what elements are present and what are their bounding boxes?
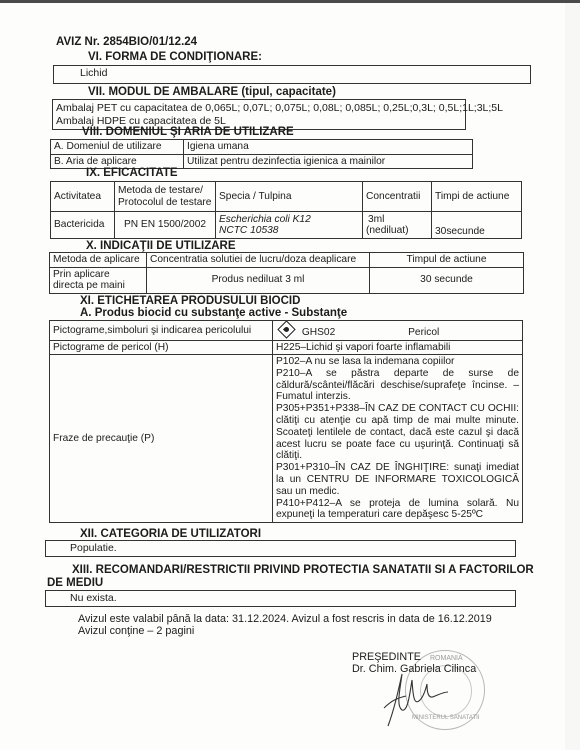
section-13-title: XIII. RECOMANDARI/RESTRICTII PRIVIND PRO… <box>72 564 534 576</box>
precaution-statement: P305+P351+P338–ÎN CAZ DE CONTACT CU OCHI… <box>276 403 519 462</box>
section-7-title: VII. MODUL DE AMBALARE (tipul, capacitat… <box>88 86 336 98</box>
signal-word: Pericol <box>408 327 439 338</box>
section-12-title: XII. CATEGORIA DE UTILIZATORI <box>80 528 261 540</box>
pictogram-code: GHS02 <box>302 327 335 338</box>
labeling-table: Pictograme,simboluri şi indicarea perico… <box>49 320 523 523</box>
dose-cell: Produs nediluat 3 ml <box>147 267 370 293</box>
efficacy-table: Activitatea Metoda de testare/ Protocolu… <box>50 181 522 239</box>
species-cell: Escherichia coli K12 NCTC 10538 <box>216 212 363 239</box>
application-method-cell: Prin aplicare directa pe maini <box>50 267 147 293</box>
precaution-label: Fraze de precauţie (P) <box>50 355 273 523</box>
usage-instructions-table: Metoda de aplicare Concentratia solutiei… <box>49 252 524 294</box>
usage-label: A. Domeniul de utilizare <box>51 140 184 155</box>
table-row: A. Domeniul de utilizare Igiena umana <box>51 140 473 155</box>
usage-value: Igiena umana <box>184 140 473 155</box>
precautions-cell: P102–A nu se lasa la indemana copiilor P… <box>273 355 523 523</box>
packaging-line: Ambalaj PET cu capacitatea de 0,065L; 0,… <box>56 102 503 114</box>
species-strain: NCTC 10538 <box>219 225 359 237</box>
header-cell: Timpi de actiune <box>432 182 522 212</box>
header-cell: Metoda de aplicare <box>50 253 147 268</box>
handwritten-signature <box>380 670 450 730</box>
scan-border <box>0 0 580 3</box>
species-name: Escherichia coli K12 <box>219 214 359 226</box>
table-header-row: Activitatea Metoda de testare/ Protocolu… <box>51 182 522 212</box>
table-row: Fraze de precauţie (P) P102–A nu se lasa… <box>50 355 523 523</box>
section-6-box: Lichid <box>53 65 531 84</box>
activity-cell: Bactericida <box>51 212 115 239</box>
hazard-label: Pictograme de pericol (H) <box>50 340 273 355</box>
page-count-note: Avizul conţine – 2 pagini <box>78 625 194 637</box>
section-9-title: IX. EFICACITATE <box>86 167 178 179</box>
recommendations-value: Nu exista. <box>70 592 117 604</box>
pictogram-label: Pictograme,simboluri şi indicarea perico… <box>50 321 273 341</box>
header-cell: Activitatea <box>51 182 115 212</box>
section-6-title: VI. FORMA DE CONDIŢIONARE: <box>88 51 262 63</box>
section-11-title: XI. ETICHETAREA PRODUSULUI BIOCID <box>80 295 300 307</box>
section-11-subtitle: A. Produs biocid cu substanţe active - S… <box>80 307 347 319</box>
header-cell: Timpul de actiune <box>370 253 524 268</box>
table-row: Prin aplicare directa pe maini Produs ne… <box>50 267 524 293</box>
pictogram-cell: GHS02 Pericol <box>273 321 523 341</box>
section-12-box: Populatie. <box>45 540 516 557</box>
application-method-line: directa pe maini <box>53 280 143 292</box>
table-row: Pictograme de pericol (H) H225–Lichid şi… <box>50 340 523 355</box>
table-row: Bactericida PN EN 1500/2002 Escherichia … <box>51 212 522 239</box>
precaution-statement: P301+P310–ÎN CAZ DE ÎNGHIŢIRE: sunaţi im… <box>276 462 519 497</box>
hazard-value: H225–Lichid şi vapori foarte inflamabili <box>273 340 523 355</box>
signatory-role: PREŞEDINTE <box>352 651 421 663</box>
precaution-statement: P410+P412–A se proteja de lumina solară.… <box>276 498 519 522</box>
validity-note: Avizul este valabil până la data: 31.12.… <box>78 613 492 625</box>
method-cell: PN EN 1500/2002 <box>115 212 216 239</box>
section-10-title: X. INDICAŢII DE UTILIZARE <box>86 240 236 252</box>
section-8-title: VIII. DOMENIUL ŞI ARIA DE UTILIZARE <box>82 126 294 138</box>
section-13-box: Nu exista. <box>45 590 516 607</box>
header-cell: Metoda de testare/ Protocolul de testare <box>115 182 216 212</box>
table-header-row: Metoda de aplicare Concentratia solutiei… <box>50 253 524 268</box>
action-time-cell: 30 secunde <box>370 267 524 293</box>
application-method-line: Prin aplicare <box>53 269 143 281</box>
table-row: Pictograme,simboluri şi indicarea perico… <box>50 321 523 341</box>
user-category-value: Populatie. <box>70 542 117 554</box>
concentration-value: 3ml <box>366 214 428 226</box>
precaution-statement: P210–A se păstra departe de surse de căl… <box>276 368 519 403</box>
packaging-form-value: Lichid <box>80 67 107 79</box>
time-cell: 30secunde <box>432 212 522 239</box>
header-cell: Specia / Tulpina <box>216 182 363 212</box>
stamp-top-text: ROMANIA <box>430 655 463 662</box>
header-cell: Concentratii <box>363 182 432 212</box>
header-cell: Concentratia solutiei de lucru/doza deap… <box>147 253 370 268</box>
concentration-cell: 3ml (nediluat) <box>363 212 432 239</box>
ghs02-flame-icon <box>277 320 295 338</box>
concentration-note: (nediluat) <box>366 225 428 237</box>
usage-table: A. Domeniul de utilizare Igiena umana B.… <box>50 139 473 169</box>
precaution-statement: P102–A nu se lasa la indemana copiilor <box>276 356 519 368</box>
usage-value: Utilizat pentru dezinfectia igienica a m… <box>184 154 473 169</box>
section-13-title-cont: DE MEDIU <box>47 577 103 589</box>
aviz-number: AVIZ Nr. 2854BIO/01/12.24 <box>56 36 197 48</box>
